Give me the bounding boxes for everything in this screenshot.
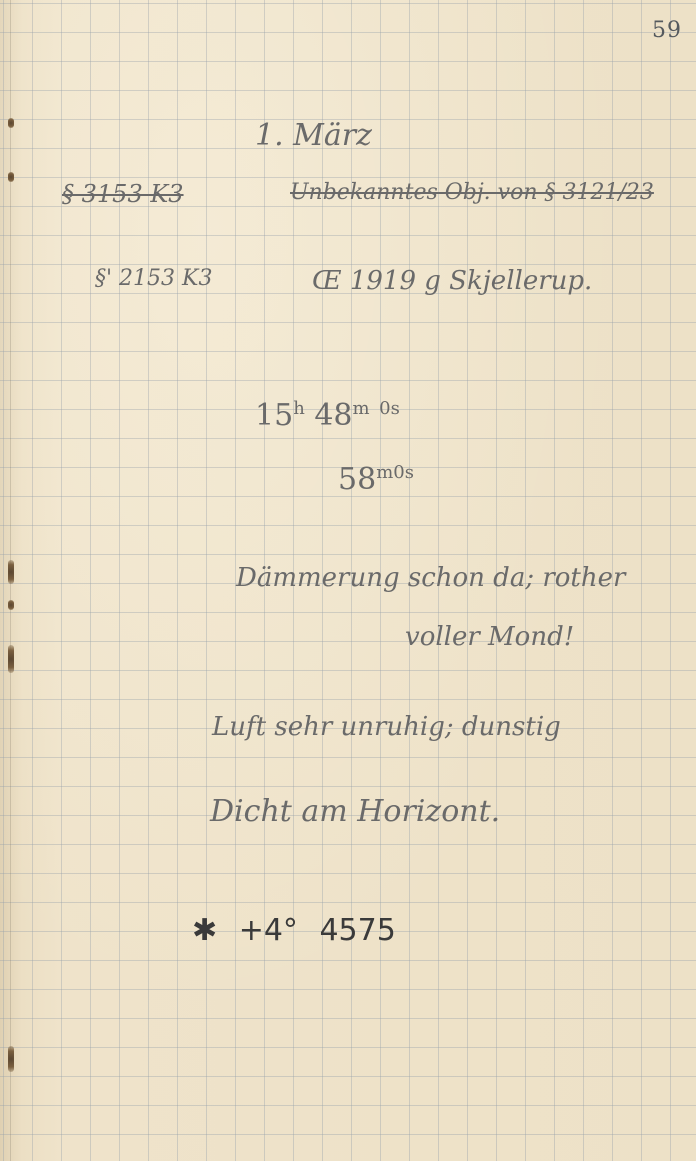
struck-catalog-ref: § 3153 K3 <box>62 180 184 208</box>
binding-hole <box>8 645 14 673</box>
binding-hole <box>8 172 14 182</box>
binding-hole <box>8 600 14 610</box>
page-number: 59 <box>652 18 682 43</box>
date-heading: 1. März <box>255 118 372 153</box>
time-observation-2: 58m0s <box>338 462 414 497</box>
comet-designation: Œ 1919 g Skjellerup. <box>312 266 592 296</box>
binding-hole <box>8 1046 14 1072</box>
star-icon: ✱ <box>192 913 217 948</box>
note-air-line-1: Luft sehr unruhig; dunstig <box>212 712 561 742</box>
note-air-line-2: Dicht am Horizont. <box>210 794 500 829</box>
star-position-line: ✱ +4° 4575 <box>192 913 396 948</box>
notebook-page: 59 1. März § 3153 K3 Unbekanntes Obj. vo… <box>0 0 696 1161</box>
note-twilight-line-2: voller Mond! <box>405 622 574 652</box>
binding-hole <box>8 118 14 128</box>
binding-hole <box>8 560 14 584</box>
catalog-ref: §' 2153 K3 <box>95 266 212 291</box>
struck-object-note: Unbekanntes Obj. von § 3121/23 <box>290 180 654 205</box>
note-twilight-line-1: Dämmerung schon da; rother <box>236 563 625 593</box>
time-observation-1: 15h 48m 0s <box>255 398 400 433</box>
